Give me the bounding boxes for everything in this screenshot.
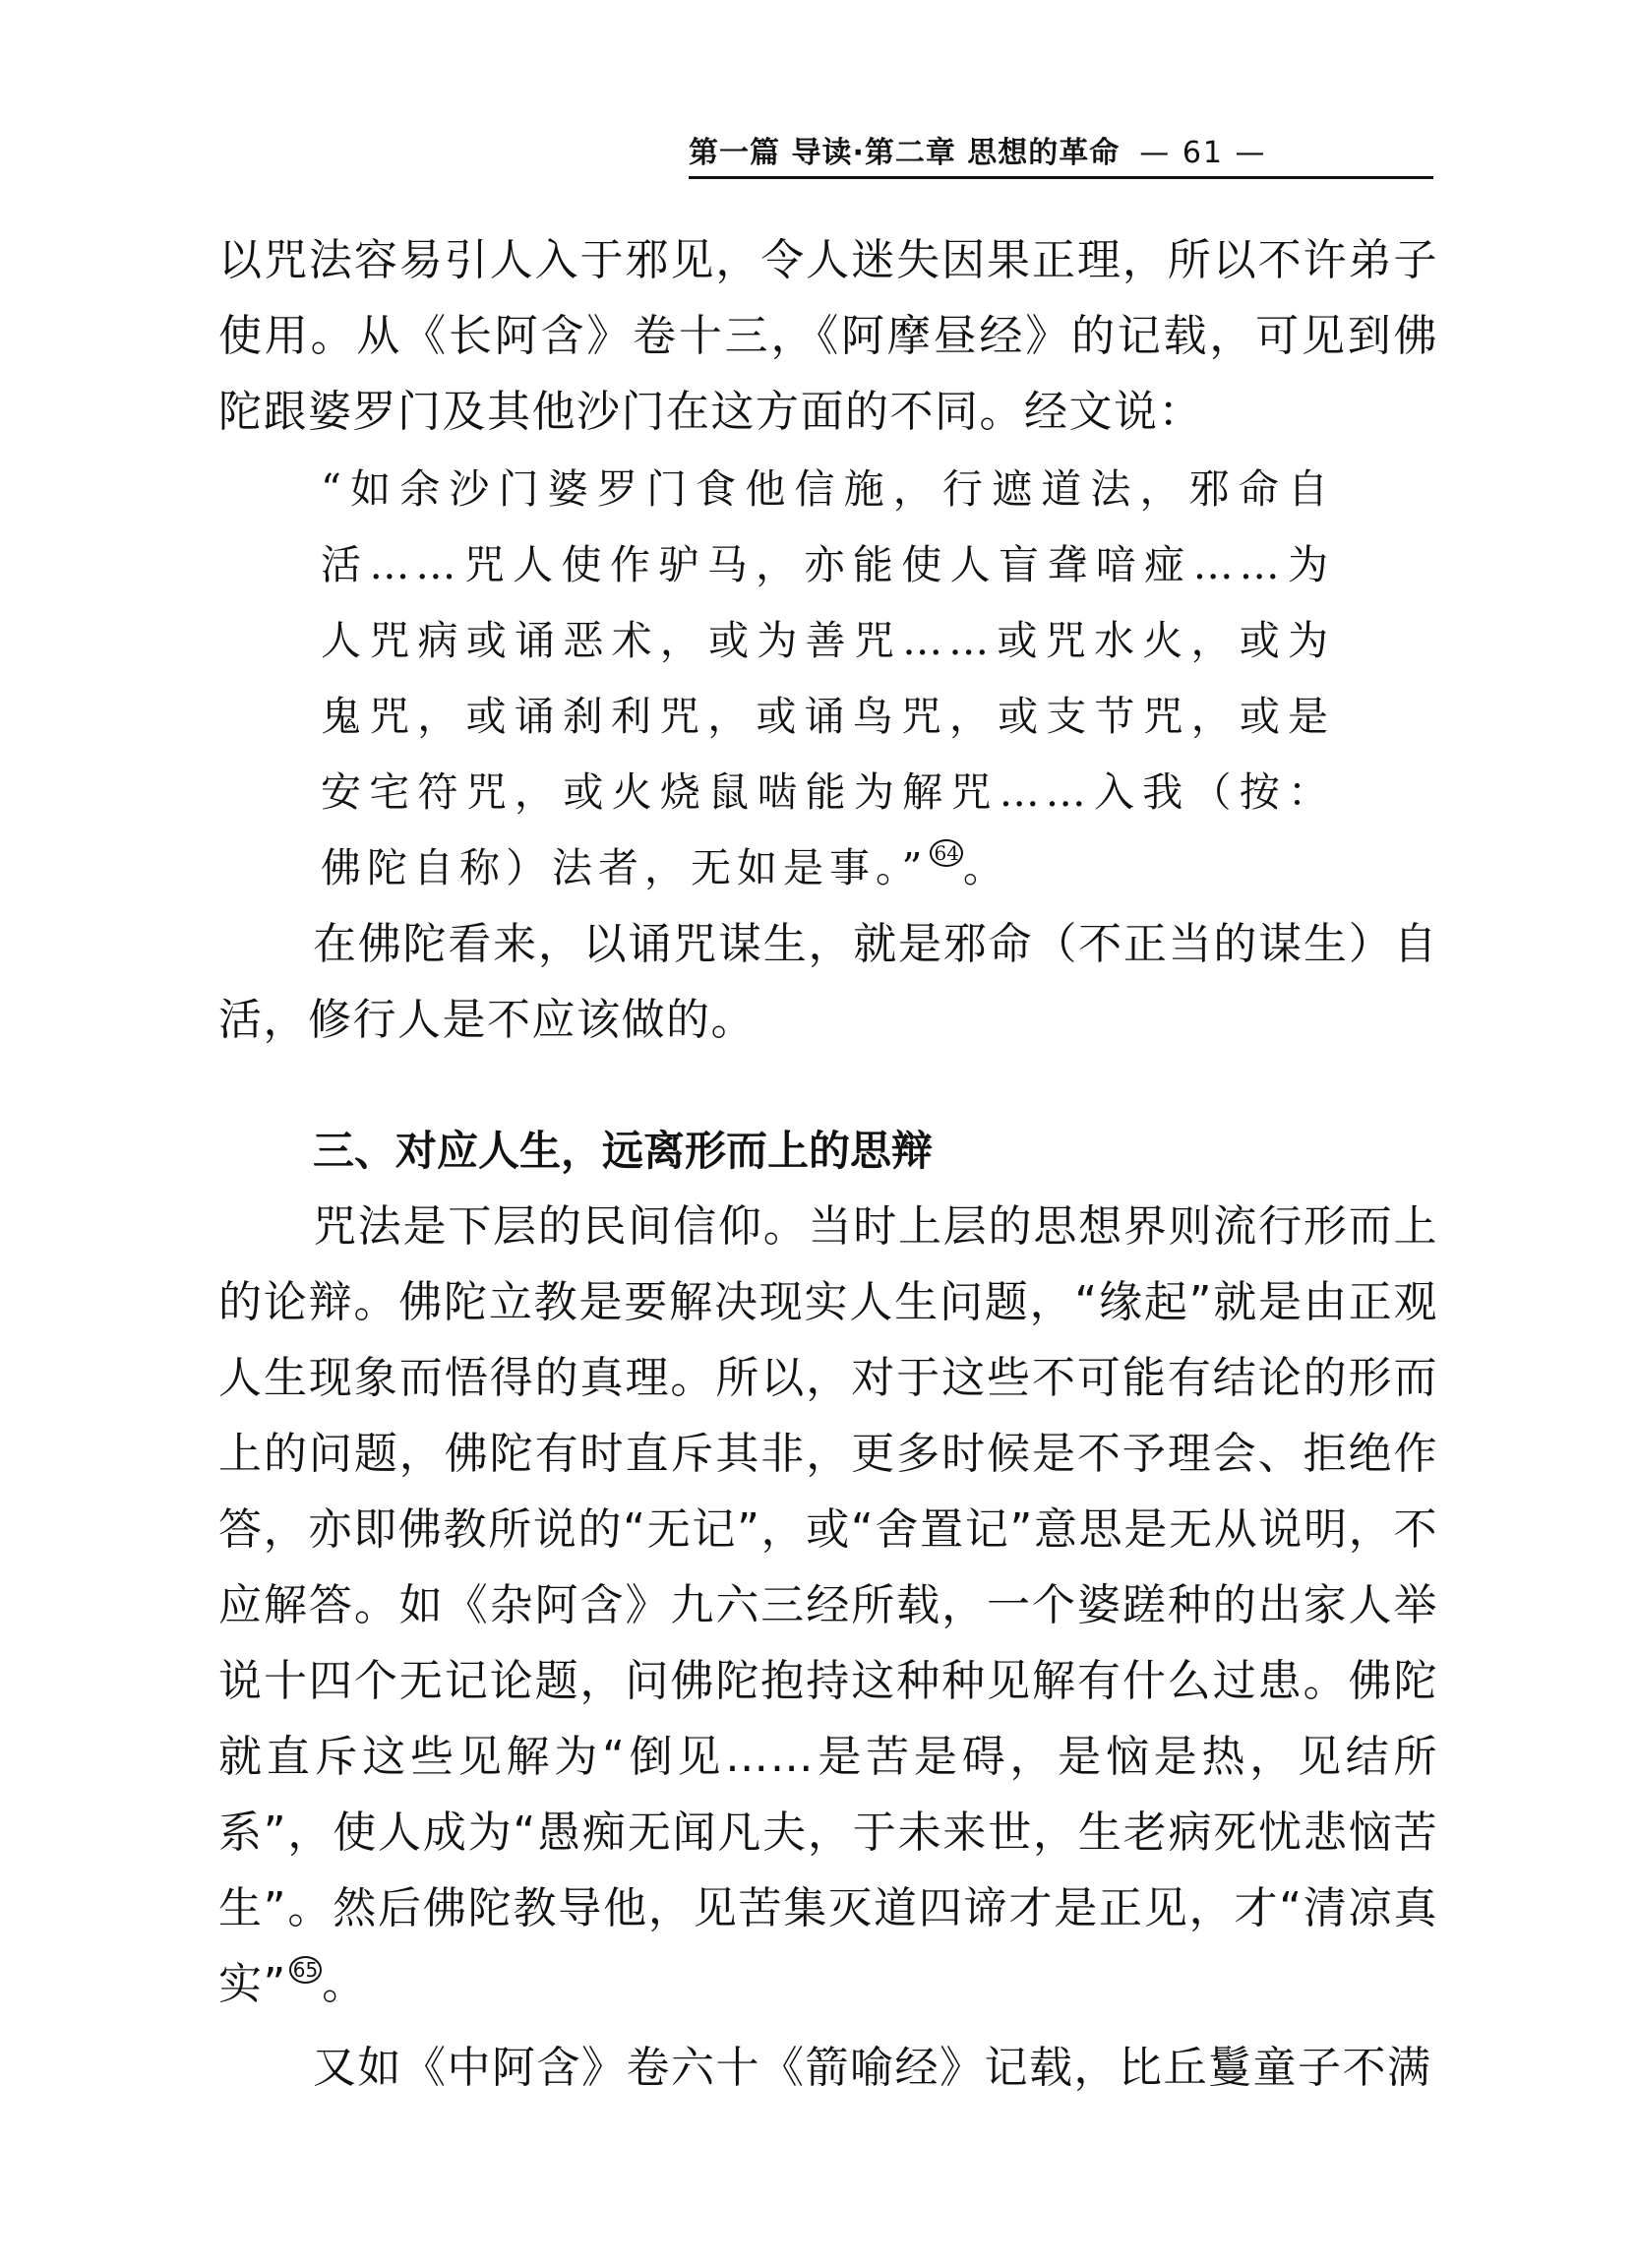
block-quote: “如余沙门婆罗门食他信施，行遮道法，邪命自活……咒人使作驴马，亦能使人盲聋喑痖……: [321, 452, 1334, 906]
page-number: — 61 —: [1139, 139, 1266, 168]
running-header: 第一篇 导读·第二章 思想的革命 — 61 —: [689, 126, 1433, 179]
paragraph-3-text: 咒法是下层的民间信仰。当时上层的思想界则流行形而上的论辩。佛陀立教是要解决现实人…: [218, 1201, 1438, 2009]
paragraph-3: 咒法是下层的民间信仰。当时上层的思想界则流行形而上的论辩。佛陀立教是要解决现实人…: [218, 1189, 1438, 2022]
running-title: 第一篇 导读·第二章 思想的革命: [689, 139, 1120, 168]
paragraph-2: 在佛陀看来，以诵咒谋生，就是邪命（不正当的谋生）自活，修行人是不应该做的。: [218, 906, 1438, 1058]
paragraph-4: 又如《中阿含》卷六十《箭喻经》记载，比丘鬘童子不满: [218, 2030, 1438, 2106]
quote-tail: 。: [963, 844, 1009, 891]
paragraph-1: 以咒法容易引人入于邪见，令人迷失因果正理，所以不许弟子使用。从《长阿含》卷十三，…: [218, 222, 1438, 450]
quote-text: “如余沙门婆罗门食他信施，行遮道法，邪命自活……咒人使作驴马，亦能使人盲聋喑痖……: [321, 465, 1334, 891]
body-text: 以咒法容易引人入于邪见，令人迷失因果正理，所以不许弟子使用。从《长阿含》卷十三，…: [218, 222, 1438, 2106]
paragraph-3-tail: 。: [322, 1959, 367, 2009]
section-heading: 三、对应人生，远离形而上的思辩: [313, 1113, 1438, 1189]
footnote-marker-65: 65: [289, 1956, 322, 1984]
footnote-marker-64: 64: [930, 839, 962, 867]
